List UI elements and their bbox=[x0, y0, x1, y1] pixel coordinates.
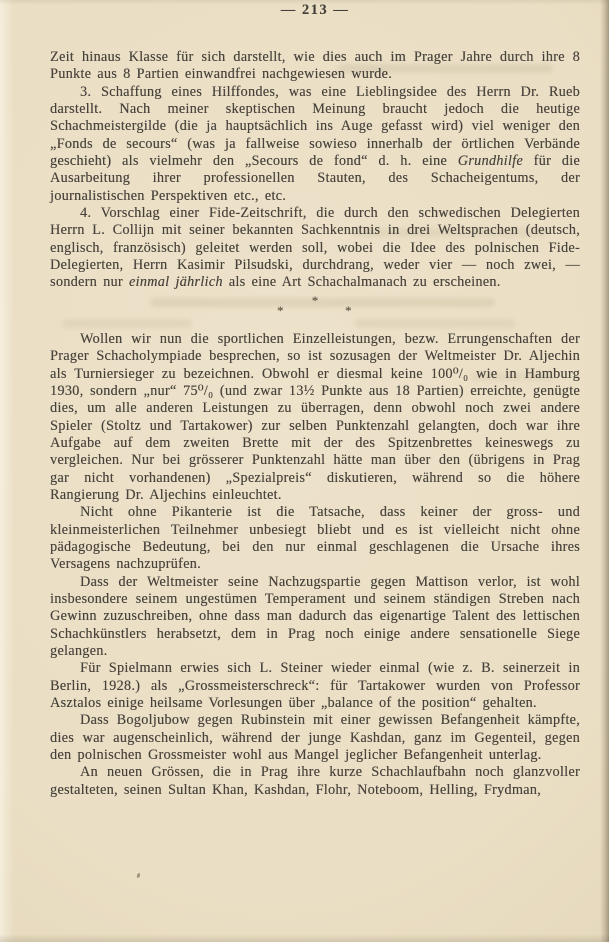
italic-text-run: einmal jährlich bbox=[129, 274, 223, 290]
italic-text-run: Grundhilfe bbox=[458, 153, 523, 169]
section-divider: *** bbox=[50, 292, 580, 331]
paragraph: Für Spielmann erwies sich L. Steiner wie… bbox=[50, 660, 580, 712]
text-run: Nicht ohne Pikanterie ist die Tatsache, … bbox=[50, 504, 580, 572]
text-run: Zeit hinaus Klasse für sich darstellt, w… bbox=[50, 49, 580, 82]
paragraph: An neuen Grössen, die in Prag ihre kurze… bbox=[50, 764, 580, 799]
text-run: An neuen Grössen, die in Prag ihre kurze… bbox=[50, 764, 580, 797]
paragraph: 3. Schaffung eines Hilffondes, was eine … bbox=[50, 84, 580, 205]
page-header: — 213 — bbox=[50, 2, 580, 19]
paragraph: Zeit hinaus Klasse für sich darstellt, w… bbox=[50, 49, 580, 84]
text-run: Wollen wir nun die sportlichen Einzellei… bbox=[50, 331, 580, 503]
ink-speck bbox=[136, 873, 141, 879]
paragraph: Wollen wir nun die sportlichen Einzellei… bbox=[50, 331, 580, 504]
paragraph: Dass der Weltmeister seine Nachzugsparti… bbox=[50, 574, 580, 661]
page-number: — 213 — bbox=[281, 2, 350, 18]
text-block: Zeit hinaus Klasse für sich darstellt, w… bbox=[50, 49, 580, 799]
text-run: Dass Bogoljubow gegen Rubinstein mit ein… bbox=[50, 712, 580, 763]
scanned-book-page: — 213 — Zeit hinaus Klasse für sich dars… bbox=[0, 0, 609, 942]
paragraph: Nicht ohne Pikanterie ist die Tatsache, … bbox=[50, 504, 580, 573]
paragraph: 4. Vorschlag einer Fide-Zeitschrift, die… bbox=[50, 205, 580, 292]
scan-edge-right bbox=[600, 0, 609, 942]
asterisk: * bbox=[345, 303, 352, 319]
paragraph: Dass Bogoljubow gegen Rubinstein mit ein… bbox=[50, 712, 580, 764]
text-run: Für Spielmann erwies sich L. Steiner wie… bbox=[50, 660, 580, 711]
text-run: als eine Art Schachalmanach zu erscheine… bbox=[223, 274, 501, 290]
text-run: Dass der Weltmeister seine Nachzugsparti… bbox=[50, 574, 580, 659]
asterisk: * bbox=[312, 293, 319, 309]
asterisk: * bbox=[277, 303, 284, 319]
scan-edge-left bbox=[0, 0, 14, 942]
scan-edge-bottom bbox=[0, 934, 609, 942]
